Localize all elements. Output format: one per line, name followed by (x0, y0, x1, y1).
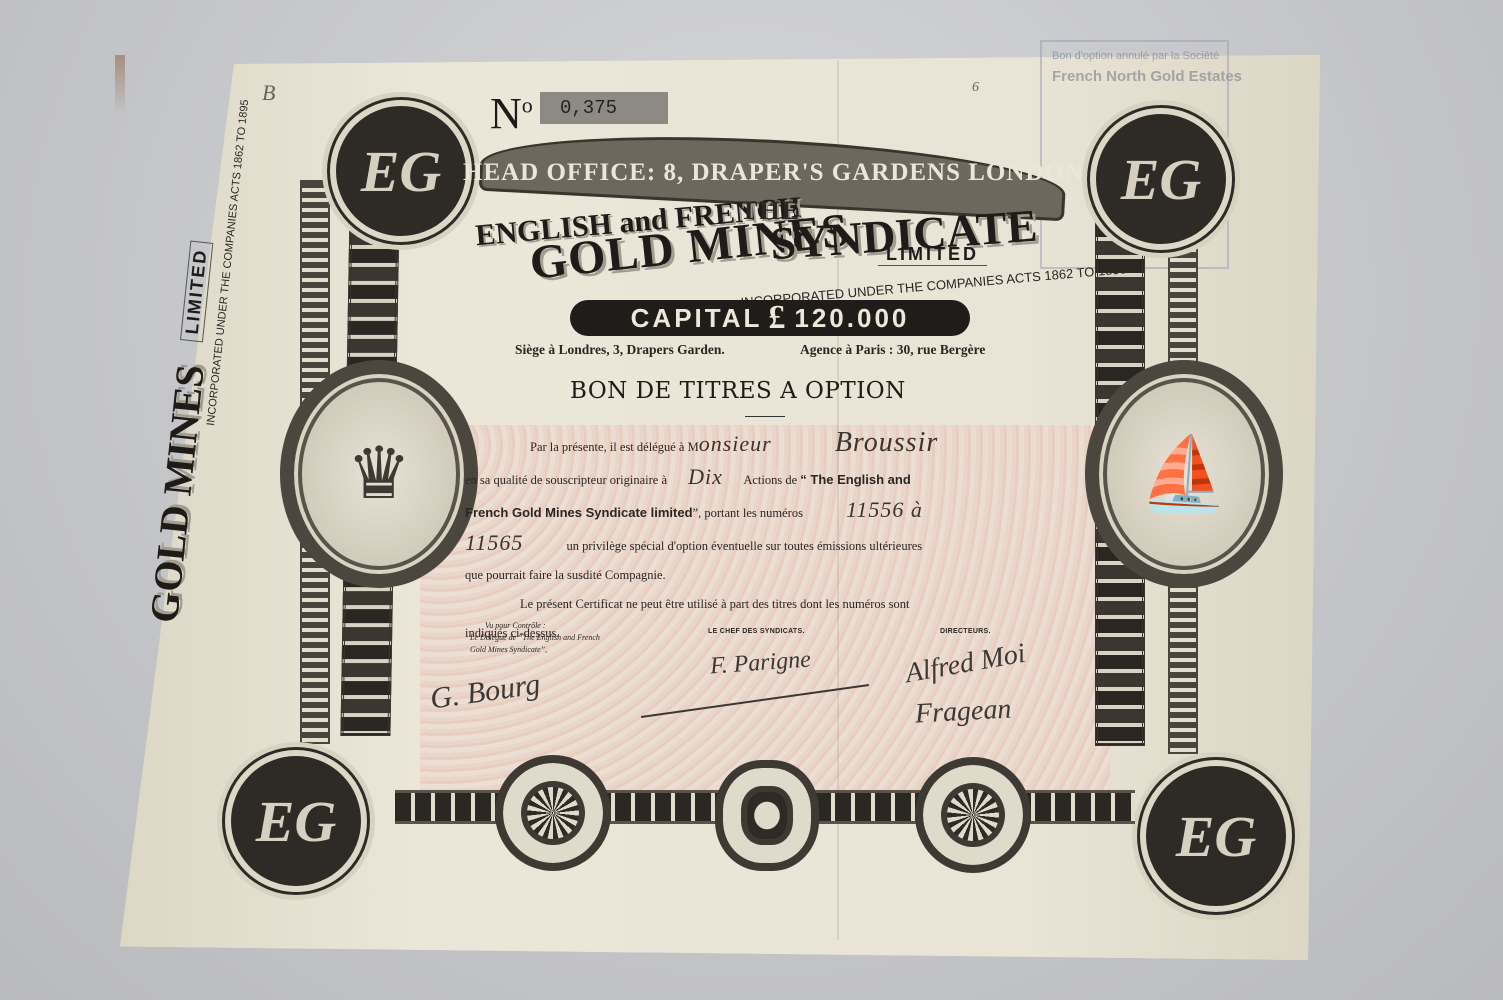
pencil-mark-6: 6 (972, 80, 979, 96)
monogram-medallion-top-left: EG (330, 100, 472, 242)
body-line-6: Le présent Certificat ne peut être utili… (465, 590, 1075, 619)
monogram-icon: EG (1121, 146, 1202, 213)
monogram-icon: EG (1176, 803, 1257, 870)
monogram-medallion-bottom-right: EG (1140, 760, 1292, 912)
handwritten-number-from: 11556 à (846, 497, 923, 522)
control-heading: Vu pour Contrôle : (470, 620, 610, 632)
monogram-medallion-top-right: EG (1090, 108, 1232, 250)
monogram-icon: EG (256, 788, 337, 855)
control-block: Vu pour Contrôle : Le Délégué de “The En… (470, 620, 610, 656)
body-line-5: que pourrait faire la susdité Compagnie. (465, 561, 1075, 590)
monogram-icon: EG (361, 138, 442, 205)
pound-sign: £ (768, 299, 788, 337)
company-limited: LIMITED (878, 244, 987, 266)
royal-coat-of-arms-icon: ♛ (347, 438, 412, 510)
royal-arms-vignette: ♛ (280, 360, 478, 588)
body-line-4: 11565 un privilège spécial d'option éven… (465, 528, 1075, 561)
handwritten-share-quantity: Dix (688, 464, 723, 489)
address-london: Siège à Londres, 3, Drapers Garden. (515, 342, 725, 358)
capital-banner: CAPITAL £ 120.000 (570, 300, 970, 336)
signature-director-2: Fragean (914, 693, 1012, 730)
chef-label: LE CHEF DES SYNDICATS. (708, 628, 805, 635)
certificate-number-value: 0,375 (540, 92, 668, 124)
directeurs-label: DIRECTEURS. (940, 628, 991, 635)
document-title: BON DE TITRES A OPTION (570, 378, 906, 404)
rust-stain (115, 55, 125, 115)
monogram-medallion-bottom-left: EG (225, 750, 367, 892)
city-coat-of-arms-ship-icon: ⛵ (1139, 438, 1229, 510)
city-arms-vignette: ⛵ (1085, 360, 1283, 588)
certificate-number-label: No (490, 88, 533, 139)
pencil-mark-b: B (262, 80, 275, 106)
rosette-left-icon (495, 755, 611, 871)
body-line-2: en sa qualité de souscripteur originaire… (465, 462, 1075, 495)
rosette-right-icon (915, 757, 1031, 873)
address-paris: Agence à Paris : 30, rue Bergère (800, 342, 985, 358)
body-line-3: French Gold Mines Syndicate limited”, po… (465, 495, 1075, 528)
body-line-1: Par la présente, il est délégué à Monsie… (465, 428, 1075, 462)
handwritten-number-to: 11565 (465, 530, 523, 555)
certificate-body: Par la présente, il est délégué à Monsie… (465, 428, 1075, 648)
rosette-star-center-icon (715, 760, 819, 871)
stamp-line-1: Bon d'option annulé par la Société (1052, 50, 1219, 62)
handwritten-title: onsieur (699, 431, 772, 456)
control-text: Le Délégué de “The English and French Go… (470, 632, 610, 656)
title-underline (745, 416, 785, 417)
handwritten-holder-name: Broussir (835, 427, 938, 458)
stamp-line-2: French North Gold Estates (1052, 68, 1242, 85)
